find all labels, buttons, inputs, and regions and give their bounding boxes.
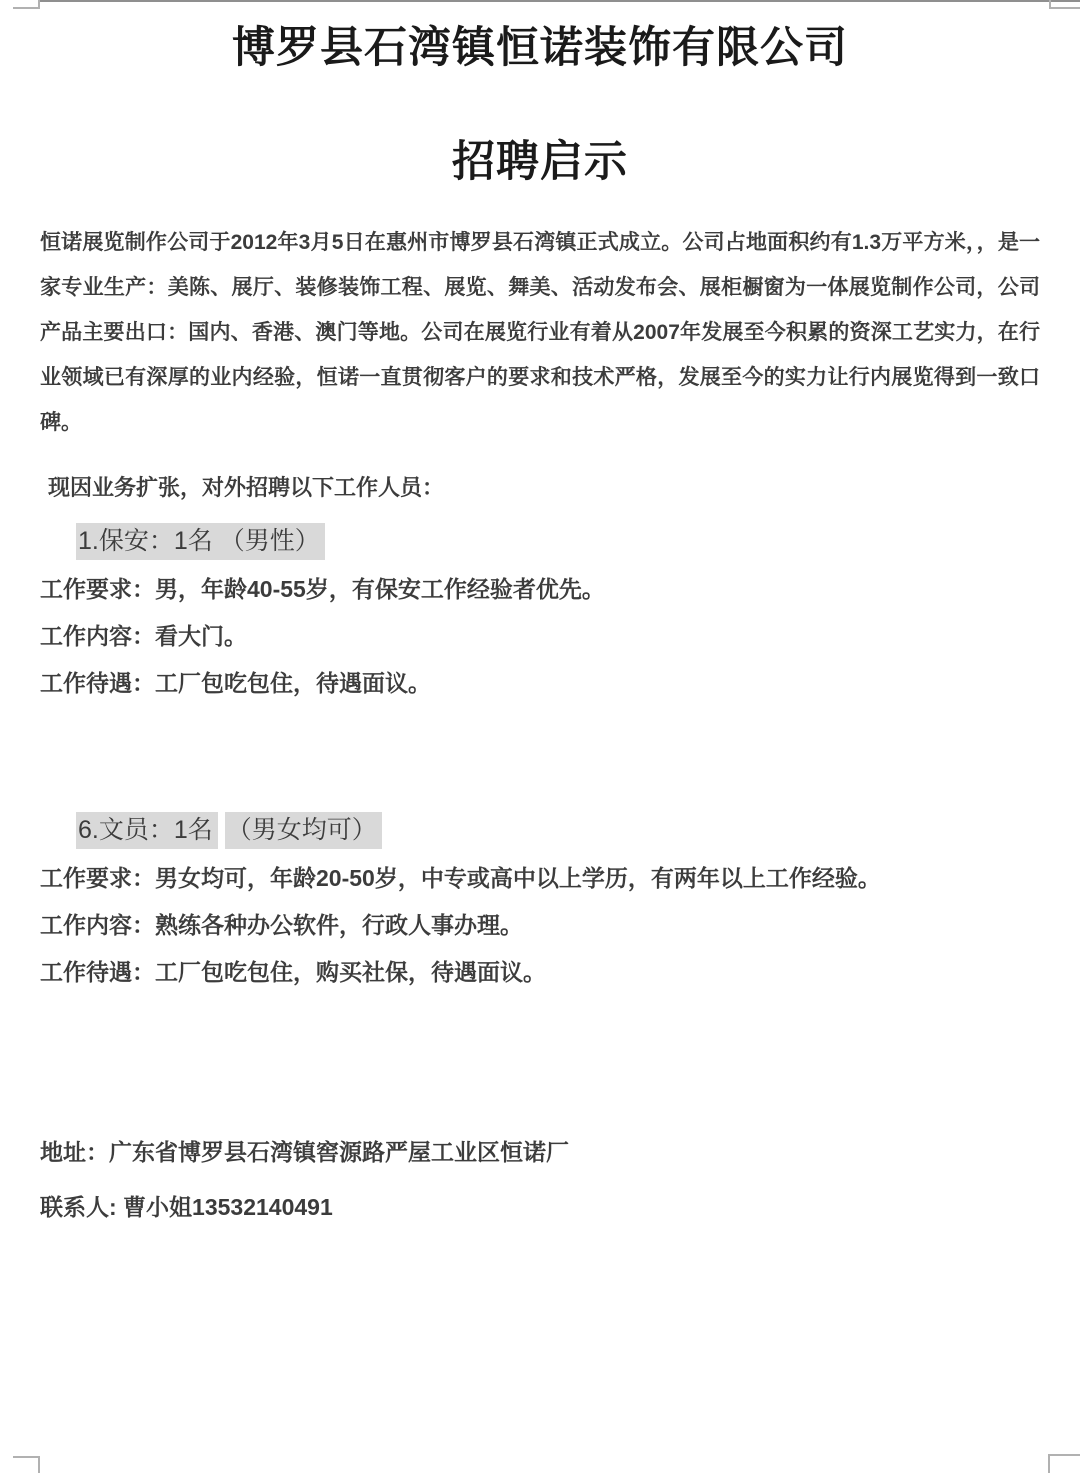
doc-title: 招聘启示: [40, 136, 1040, 188]
job-title-text: 6.文员：1名: [76, 812, 218, 849]
job-title-text: [218, 816, 225, 844]
margin-crop-mark-bottom-right: [1048, 1454, 1080, 1473]
margin-crop-mark-top-left: [13, 0, 40, 9]
document-content: 博罗县石湾镇恒诺装饰有限公司 招聘启示 恒诺展览制作公司于2012年3月5日在惠…: [40, 0, 1040, 1231]
job-benefits-clerk: 工作待遇：工厂包吃包住，购买社保，待遇面议。: [40, 949, 1040, 996]
margin-crop-mark-bottom-left: [13, 1456, 40, 1473]
job-section-clerk: 6.文员：1名 （男女均可） 工作要求：男女均可，年龄20-50岁，中专或高中以…: [40, 813, 1040, 996]
job-duties-clerk: 工作内容：熟练各种办公软件，行政人事办理。: [40, 902, 1040, 949]
job-duties-security: 工作内容：看大门。: [40, 613, 1040, 660]
job-title-text: 1.保安：1名 （男性）: [76, 523, 325, 560]
job-benefits-security: 工作待遇：工厂包吃包住，待遇面议。: [40, 660, 1040, 707]
job-requirements-clerk: 工作要求：男女均可，年龄20-50岁，中专或高中以上学历，有两年以上工作经验。: [40, 855, 1040, 902]
hiring-line: 现因业务扩张，对外招聘以下工作人员：: [40, 465, 1040, 510]
company-title: 博罗县石湾镇恒诺装饰有限公司: [40, 22, 1040, 74]
job-title-text: （男女均可）: [225, 812, 382, 849]
job-title-clerk: 6.文员：1名 （男女均可）: [40, 813, 1040, 847]
job-requirements-security: 工作要求：男，年龄40-55岁，有保安工作经验者优先。: [40, 566, 1040, 613]
contact-line: 联系人: 曹小姐13532140491: [40, 1184, 1040, 1231]
job-title-security: 1.保安：1名 （男性）: [40, 524, 1040, 558]
address-line: 地址：广东省博罗县石湾镇窖源路严屋工业区恒诺厂: [40, 1129, 1040, 1176]
margin-crop-mark-top-right: [1049, 0, 1080, 9]
job-section-security: 1.保安：1名 （男性） 工作要求：男，年龄40-55岁，有保安工作经验者优先。…: [40, 524, 1040, 707]
document-page: 博罗县石湾镇恒诺装饰有限公司 招聘启示 恒诺展览制作公司于2012年3月5日在惠…: [0, 0, 1080, 1473]
intro-paragraph: 恒诺展览制作公司于2012年3月5日在惠州市博罗县石湾镇正式成立。公司占地面积约…: [40, 220, 1040, 445]
